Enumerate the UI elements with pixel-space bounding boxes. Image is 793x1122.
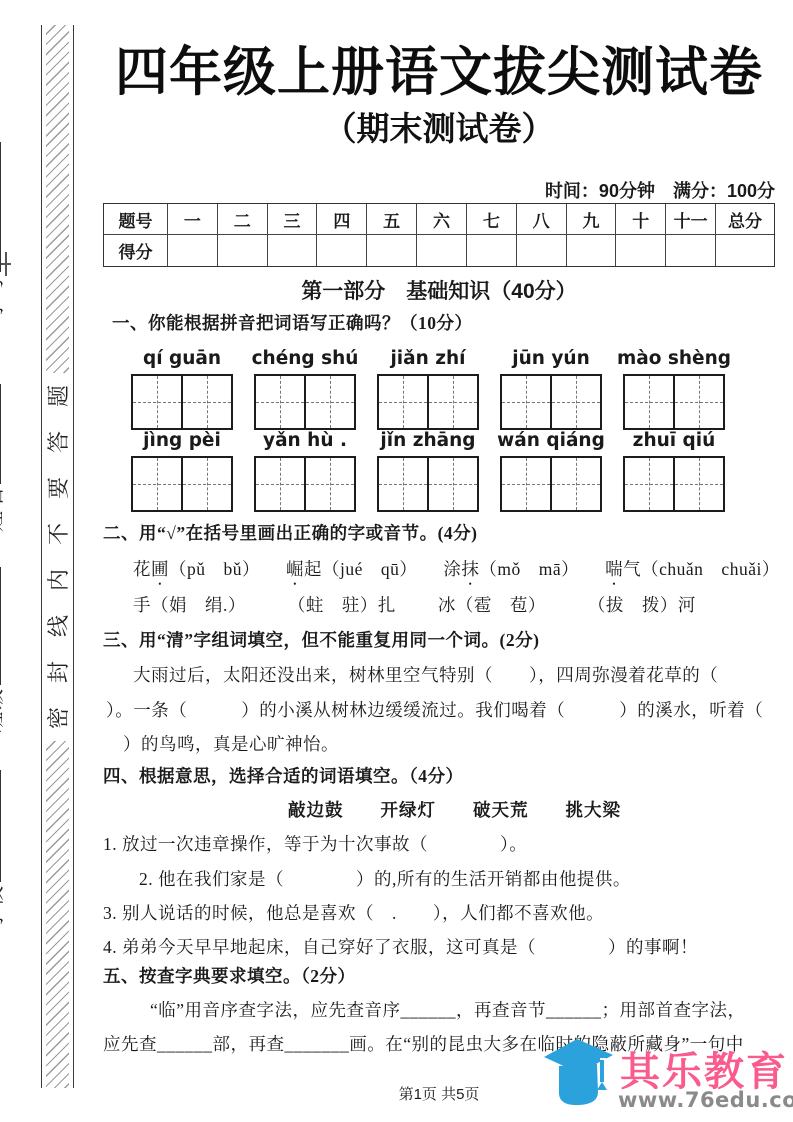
question-2-line-2: 手（娟 绢.） （蛀 驻）扎 冰（雹 苞） （拔 拨）河 [133,592,696,617]
student-name-blank [0,384,1,484]
score-cell-empty [567,235,617,266]
seal-char: 题 [34,384,80,406]
section-heading: 第一部分 基础知识（40分） [103,275,775,305]
numbered-item: 1. 放过一次违章操作，等于为十次事故（ ）。 [103,831,527,856]
box-cell [133,458,183,510]
pinyin-group: jūn yún [499,348,603,430]
pinyin-label: yǎn hù . [263,430,347,451]
score-cell-empty [317,235,367,266]
pinyin-group: qí guān [130,348,234,430]
box-cell [429,458,477,510]
word-pair: 崛起（jué qū） [286,556,417,589]
pinyin-group: chéng shú [253,348,357,430]
score-cell-empty [616,235,666,266]
question-2-heading: 二、用“√”在括号里画出正确的字或音节。(4分) [103,520,478,545]
score-table-header-cell: 五 [367,204,417,235]
seal-char: 要 [34,476,80,498]
writing-box [377,374,479,430]
score-cell-empty [268,235,318,266]
score-table-header-cell: 四 [317,204,367,235]
pinyin-label: mào shèng [617,348,731,369]
writing-box [377,456,479,512]
pinyin-box-row-2: jìng pèi yǎn hù . jǐn zhāng wán qiáng zh… [130,430,726,512]
pinyin-group: jìng pèi [130,430,234,512]
school-field: 学校 [0,770,7,930]
writing-box [500,456,602,512]
school-label: 学校 [0,884,6,930]
writing-box [623,456,725,512]
box-cell [552,376,600,428]
pinyin-box-row-1: qí guān chéng shú jiǎn zhí jūn yún mào s… [130,348,726,430]
writing-box [500,374,602,430]
pinyin-group: mào shèng [622,348,726,430]
school-blank [0,770,1,882]
box-cell [429,376,477,428]
score-cell-empty [666,235,716,266]
question-5-heading: 五、按查字典要求填空。（2分） [103,963,356,988]
score-cell-empty [218,235,268,266]
writing-box [623,374,725,430]
writing-box [254,456,356,512]
question-3-heading: 三、用“清”字组词填空，但不能重复用同一个词。(2分) [103,627,539,652]
word-pair: 涂抹（mǒ mā） [443,556,579,589]
score-table-header-cell: 六 [417,204,467,235]
student-name-field: 姓名 [0,384,7,532]
pinyin-group: zhuī qiú [622,430,726,512]
dictionary-line: “临”用音序查字法，应先查音序______，再查音节______；用部首查字法， [150,997,746,1022]
brand-url: www.76edu.com [618,1088,778,1112]
class-label: 班级 [0,687,6,733]
pinyin-label: wán qiáng [497,430,605,451]
numbered-item: 2. 他在我们家是（ ）的,所有的生活开销都由他提供。 [139,866,631,891]
pinyin-label: jìng pèi [143,430,221,451]
fill-line: 大雨过后，太阳还没出来，树林里空气特别（ ），四周弥漫着花草的（ [133,662,718,687]
pinyin-group: wán qiáng [499,430,603,512]
score-cell-empty [517,235,567,266]
word-bank: 敲边鼓 开绿灯 破天荒 挑大梁 [288,797,621,822]
class-blank [0,567,1,685]
score-row-label: 得分 [104,235,168,266]
box-cell [379,458,429,510]
pinyin-label: qí guān [143,348,221,369]
seal-char: 封 [34,660,80,682]
seal-char: 不 [34,522,80,544]
score-table-header-cell: 八 [517,204,567,235]
seal-char: 答 [34,430,80,452]
hatch-pattern-bottom [46,741,68,1089]
exam-subtitle: （期末测试卷） [103,103,775,150]
box-cell [183,458,231,510]
writing-box [131,374,233,430]
pinyin-label: jiǎn zhí [390,348,465,369]
score-cell-empty [367,235,417,266]
exam-page: { "header": { "title": "四年级上册语文拔尖测试卷", "… [0,0,793,1122]
score-table-header-cell: 总分 [716,204,774,235]
fill-line: ）。一条（ ）的小溪从树林边缓缓流过。我们喝着（ ）的溪水，听着（ [106,697,763,722]
numbered-item: 4. 弟弟今天早早地起床，自己穿好了衣服，这可真是（ ）的事啊！ [103,934,698,959]
writing-box [131,456,233,512]
box-cell [502,376,552,428]
question-4-heading: 四、根据意思，选择合适的词语填空。（4分） [103,763,464,788]
exam-title: 四年级上册语文拔尖测试卷 [103,30,775,106]
writing-box [254,374,356,430]
score-table-header-cell: 二 [218,204,268,235]
student-name-label: 姓名 [0,486,6,532]
box-cell [675,458,723,510]
pinyin-label: jǐn zhāng [380,430,475,451]
score-table-header-cell: 七 [467,204,517,235]
score-table-header-cell: 一 [168,204,218,235]
pinyin-label: zhuī qiú [633,430,716,451]
pinyin-label: jūn yún [512,348,590,369]
word-pair: 冰（雹 苞） [438,592,546,617]
word-pair: （拔 拨）河 [588,592,696,617]
seal-strip: 题 答 要 不 内 线 封 密 [41,25,74,1088]
student-number-label: 学号 [0,274,6,320]
seal-char: 密 [34,706,80,728]
student-number-field: 学号 [0,142,7,320]
question-1-heading: 一、你能根据拼音把词语写正确吗？（10分） [112,310,473,335]
box-cell [379,376,429,428]
seal-char: 内 [34,568,80,590]
pinyin-label: chéng shú [252,348,359,369]
score-cell-empty [716,235,774,266]
score-table-header-cell: 十 [616,204,666,235]
box-cell [183,376,231,428]
score-table-header-cell: 九 [567,204,617,235]
box-cell [133,376,183,428]
time-score-info: 时间：90分钟 满分：100分 [103,177,775,203]
box-cell [675,376,723,428]
score-table-header-cell: 十一 [666,204,716,235]
score-table-header-cell: 三 [268,204,318,235]
student-number-blank [0,142,1,272]
box-cell [552,458,600,510]
pinyin-group: jiǎn zhí [376,348,480,430]
box-cell [306,458,354,510]
seal-char: 线 [34,614,80,636]
word-pair: （蛀 驻）扎 [288,592,396,617]
pinyin-group: jǐn zhāng [376,430,480,512]
box-cell [625,376,675,428]
pinyin-group: yǎn hù . [253,430,357,512]
score-table: 题号 一 二 三 四 五 六 七 八 九 十 十一 总分 得分 [103,203,775,267]
graduation-cap-icon [543,1038,615,1118]
class-field: 班级 [0,567,7,733]
box-cell [256,458,306,510]
numbered-item: 3. 别人说话的时候，他总是喜欢（ . ），人们都不喜欢他。 [103,900,604,925]
box-cell [502,458,552,510]
score-table-header-cell: 题号 [104,204,168,235]
hatch-pattern-top [46,25,68,373]
fill-line: ）的鸟鸣，真是心旷神怡。 [123,731,339,756]
score-cell-empty [417,235,467,266]
box-cell [256,376,306,428]
word-pair: 花圃（pǔ bǔ） [133,556,260,589]
word-pair: 喘气（chuǎn chuǎi） [605,556,780,589]
box-cell [625,458,675,510]
word-pair: 手（娟 绢.） [133,592,246,617]
box-cell [306,376,354,428]
score-cell-empty [168,235,218,266]
question-2-line-1: 花圃（pǔ bǔ） 崛起（jué qū） 涂抹（mǒ mā） 喘气（chuǎn … [133,556,780,589]
score-cell-empty [467,235,517,266]
